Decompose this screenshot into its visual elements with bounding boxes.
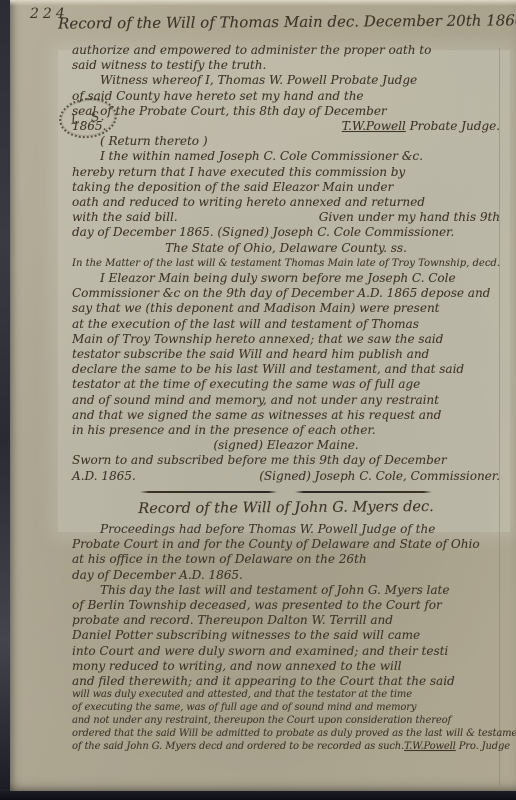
text-line: testator at the time of executing the sa… xyxy=(72,377,500,392)
line-text: say that we (this deponent and Madison M… xyxy=(72,301,440,315)
line-text: I Eleazor Main being duly sworn before m… xyxy=(100,271,456,285)
line-text: testator subscribe the said Will and hea… xyxy=(72,347,429,361)
line-text: of Berlin Township deceased, was present… xyxy=(72,598,442,612)
text-line: Main of Troy Township hereto annexed; th… xyxy=(72,332,500,347)
text-line: authorize and empowered to administer th… xyxy=(72,43,500,58)
line-text: 1865. xyxy=(72,119,106,134)
text-line: (signed) Eleazor Maine. xyxy=(72,438,500,453)
text-line: day of December A.D. 1865. xyxy=(72,568,500,583)
line-text: In the Matter of the last will & testame… xyxy=(72,258,500,269)
text-line: Probate Court in and for the County of D… xyxy=(72,537,500,552)
text-line: I the within named Joseph C. Cole Commis… xyxy=(72,149,500,164)
text-line: testator subscribe the said Will and hea… xyxy=(72,347,500,362)
line-text: hereby return that I have executed this … xyxy=(72,165,405,179)
text-line: Commissioner &c on the 9th day of Decemb… xyxy=(72,286,500,301)
line-text: probate and record. Thereupon Dalton W. … xyxy=(72,613,393,627)
text-line: and filed therewith; and it appearing to… xyxy=(72,674,500,689)
text-line: mony reduced to writing, and now annexed… xyxy=(72,659,500,674)
line-text: testator at the time of executing the sa… xyxy=(72,377,420,391)
record-title: Record of the Will of Thomas Main dec. D… xyxy=(58,11,500,33)
text-line: with the said bill.Given under my hand t… xyxy=(72,210,500,225)
line-text: day of December A.D. 1865. xyxy=(72,568,243,582)
text-line: into Court and were duly sworn and exami… xyxy=(72,644,500,659)
text-line: will was duly executed and attested, and… xyxy=(72,689,500,702)
text-line: oath and reduced to writing hereto annex… xyxy=(72,195,500,210)
text-line: of executing the same, was of full age a… xyxy=(72,702,500,715)
line-text: authorize and empowered to administer th… xyxy=(72,43,431,57)
section-divider xyxy=(140,491,432,493)
line-text: day of December 1865. (Signed) Joseph C.… xyxy=(72,225,454,239)
line-text: at the execution of the last will and te… xyxy=(72,317,419,331)
signature: T.W.Powell Probate Judge. xyxy=(342,119,500,134)
line-text-right: Given under my hand this 9th xyxy=(319,210,500,225)
line-text: mony reduced to writing, and now annexed… xyxy=(72,659,402,673)
text-line: Sworn to and subscribed before me this 9… xyxy=(72,453,500,468)
line-text: oath and reduced to writing hereto annex… xyxy=(72,195,425,209)
text-line: at the execution of the last will and te… xyxy=(72,317,500,332)
line-text: will was duly executed and attested, and… xyxy=(72,689,412,700)
line-text: Main of Troy Township hereto annexed; th… xyxy=(72,332,443,346)
text-line: of said County have hereto set my hand a… xyxy=(72,89,500,104)
line-text: said witness to testify the truth. xyxy=(72,58,266,72)
text-line: of the said John G. Myers decd and order… xyxy=(72,741,500,754)
record-title: Record of the Will of John G. Myers dec. xyxy=(72,497,500,519)
text-line: and not under any restraint, thereupon t… xyxy=(72,715,500,728)
text-line: taking the deposition of the said Eleazo… xyxy=(72,180,500,195)
text-line: and of sound mind and memory, and not un… xyxy=(72,393,500,408)
text-line: of Berlin Township deceased, was present… xyxy=(72,598,500,613)
line-text: in his presence and in the presence of e… xyxy=(72,423,376,437)
line-text: and filed therewith; and it appearing to… xyxy=(72,674,455,688)
document-page: 224 L. S. Record of the Will of Thomas M… xyxy=(10,0,516,791)
text-line: This day the last will and testament of … xyxy=(72,583,500,598)
text-line: say that we (this deponent and Madison M… xyxy=(72,301,500,316)
line-text: Commissioner &c on the 9th day of Decemb… xyxy=(72,286,490,300)
line-text: Sworn to and subscribed before me this 9… xyxy=(72,453,447,467)
text-line: The State of Ohio, Delaware County. ss. xyxy=(72,241,500,256)
text-line: In the Matter of the last will & testame… xyxy=(72,256,500,271)
text-line: A.D. 1865.(Signed) Joseph C. Cole, Commi… xyxy=(72,469,500,484)
text-line: hereby return that I have executed this … xyxy=(72,165,500,180)
text-line: in his presence and in the presence of e… xyxy=(72,423,500,438)
line-text: A.D. 1865. xyxy=(72,469,136,484)
text-line: and that we signed the same as witnesses… xyxy=(72,408,500,423)
line-text: of executing the same, was of full age a… xyxy=(72,702,416,713)
line-text-right: (Signed) Joseph C. Cole, Commissioner. xyxy=(259,469,500,484)
line-text: seal of the Probate Court, this 8th day … xyxy=(72,104,387,118)
text-line: said witness to testify the truth. xyxy=(72,58,500,73)
line-text: Probate Court in and for the County of D… xyxy=(72,537,480,551)
line-text: The State of Ohio, Delaware County. ss. xyxy=(165,241,407,255)
line-text: and not under any restraint, thereupon t… xyxy=(72,715,451,726)
line-text: ordered that the said Will be admitted t… xyxy=(72,728,516,739)
line-text: I the within named Joseph C. Cole Commis… xyxy=(100,149,423,163)
line-text: into Court and were duly sworn and exami… xyxy=(72,644,448,658)
text-line: at his office in the town of Delaware on… xyxy=(72,552,500,567)
text-line: 1865.T.W.Powell Probate Judge. xyxy=(72,119,500,134)
text-line: seal of the Probate Court, this 8th day … xyxy=(72,104,500,119)
text-line: ( Return thereto ) xyxy=(72,134,500,149)
line-text: and of sound mind and memory, and not un… xyxy=(72,393,439,407)
line-text: and that we signed the same as witnesses… xyxy=(72,408,441,422)
line-text: This day the last will and testament of … xyxy=(100,583,449,597)
line-text: taking the deposition of the said Eleazo… xyxy=(72,180,393,194)
line-text: Daniel Potter subscribing witnesses to t… xyxy=(72,628,420,642)
document-body: Record of the Will of Thomas Main dec. D… xyxy=(72,0,500,754)
text-line: Witness whereof I, Thomas W. Powell Prob… xyxy=(72,73,500,88)
text-line: day of December 1865. (Signed) Joseph C.… xyxy=(72,225,500,240)
line-text: Proceedings had before Thomas W. Powell … xyxy=(100,522,435,536)
line-text: (signed) Eleazor Maine. xyxy=(213,438,358,452)
line-text: of said County have hereto set my hand a… xyxy=(72,89,364,103)
text-line: ordered that the said Will be admitted t… xyxy=(72,728,500,741)
signature: T.W.Powell Pro. Judge xyxy=(404,741,510,754)
line-text: of the said John G. Myers decd and order… xyxy=(72,741,404,754)
text-line: I Eleazor Main being duly sworn before m… xyxy=(72,271,500,286)
text-line: probate and record. Thereupon Dalton W. … xyxy=(72,613,500,628)
text-line: declare the same to be his last Will and… xyxy=(72,362,500,377)
line-text: ( Return thereto ) xyxy=(100,134,208,148)
line-text: at his office in the town of Delaware on… xyxy=(72,552,367,566)
line-text: declare the same to be his last Will and… xyxy=(72,362,464,376)
text-line: Proceedings had before Thomas W. Powell … xyxy=(72,522,500,537)
text-line: Daniel Potter subscribing witnesses to t… xyxy=(72,628,500,643)
line-text: with the said bill. xyxy=(72,210,178,225)
line-text: Witness whereof I, Thomas W. Powell Prob… xyxy=(100,73,417,87)
